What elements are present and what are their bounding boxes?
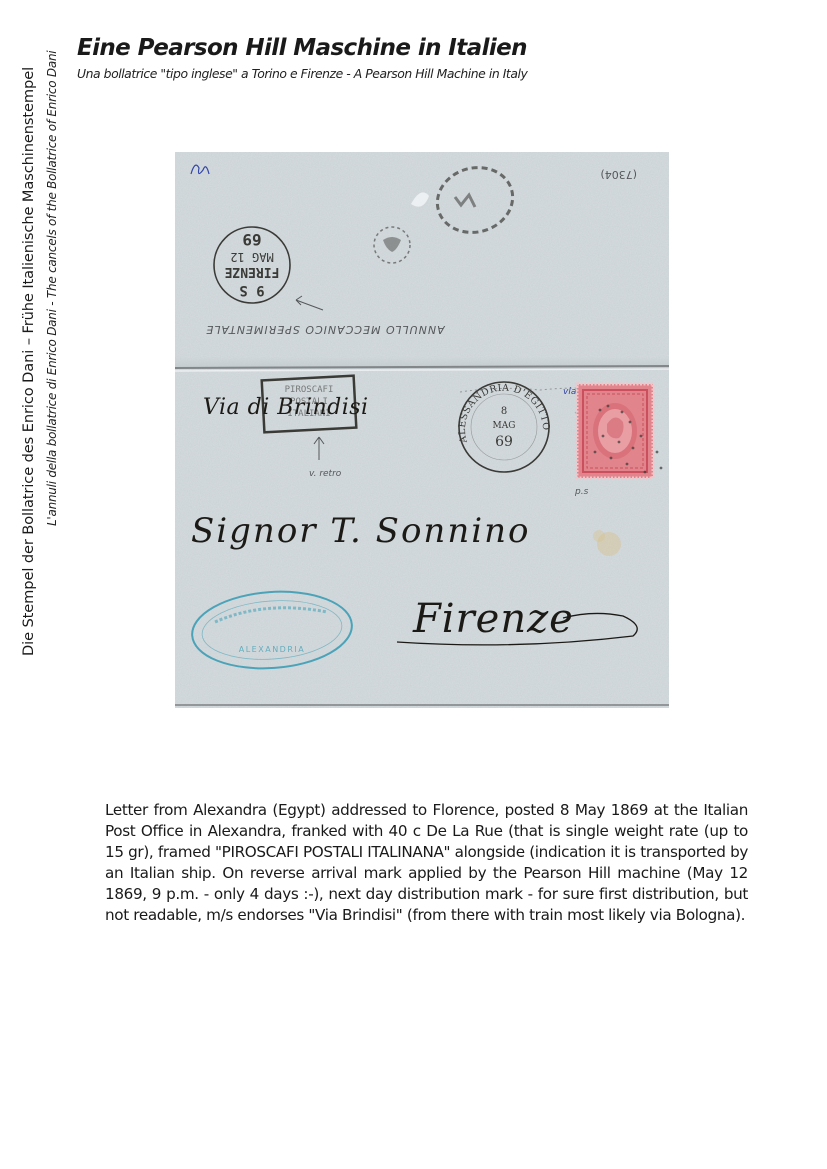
side-header-title: Die Stempel der Bollatrice des Enrico Da… <box>20 67 37 656</box>
svg-text:9 S: 9 S <box>239 282 264 298</box>
addressee: Signor T. Sonnino <box>191 511 530 551</box>
page-subtitle: Una bollatrice "tipo inglese" a Torino e… <box>77 66 527 81</box>
svg-text:PIROSCAFI: PIROSCAFI <box>285 385 334 395</box>
cover-letter-image: (7304) 9 S FIRENZE MAG 12 69 ANNULLO MEC… <box>175 152 669 708</box>
pencil-ps: p.s <box>574 487 589 497</box>
svg-text:69: 69 <box>495 434 513 450</box>
arrival-postmark: 9 S FIRENZE MAG 12 69 <box>214 227 290 303</box>
pencil-note-reverse: ANNULLO MECCANICO SPERIMENTALE <box>205 323 445 336</box>
pencil-vla: vla <box>563 387 576 397</box>
svg-text:MAG 12: MAG 12 <box>230 250 273 264</box>
pencil-note-front: v. retro <box>309 469 342 479</box>
svg-text:MAG: MAG <box>493 421 516 431</box>
destination: Firenze <box>412 596 574 642</box>
stamp-40c-de-la-rue <box>577 384 662 478</box>
pencil-ref: (7304) <box>600 168 637 181</box>
endorsement-via-brindisi: Via di Brindisi <box>203 395 369 420</box>
svg-text:FIRENZE: FIRENZE <box>225 264 280 279</box>
svg-text:ALEXANDRIA: ALEXANDRIA <box>239 645 305 654</box>
side-header-subtitle: L'annuli della bollatrice di Enrico Dani… <box>45 51 59 526</box>
cover-letter-illustration: (7304) 9 S FIRENZE MAG 12 69 ANNULLO MEC… <box>175 152 669 708</box>
svg-text:8: 8 <box>501 406 507 417</box>
cover-description: Letter from Alexandra (Egypt) addressed … <box>105 800 748 926</box>
side-header: Die Stempel der Bollatrice des Enrico Da… <box>0 0 70 660</box>
page-title: Eine Pearson Hill Maschine in Italien <box>77 35 527 61</box>
svg-text:69: 69 <box>242 230 261 249</box>
